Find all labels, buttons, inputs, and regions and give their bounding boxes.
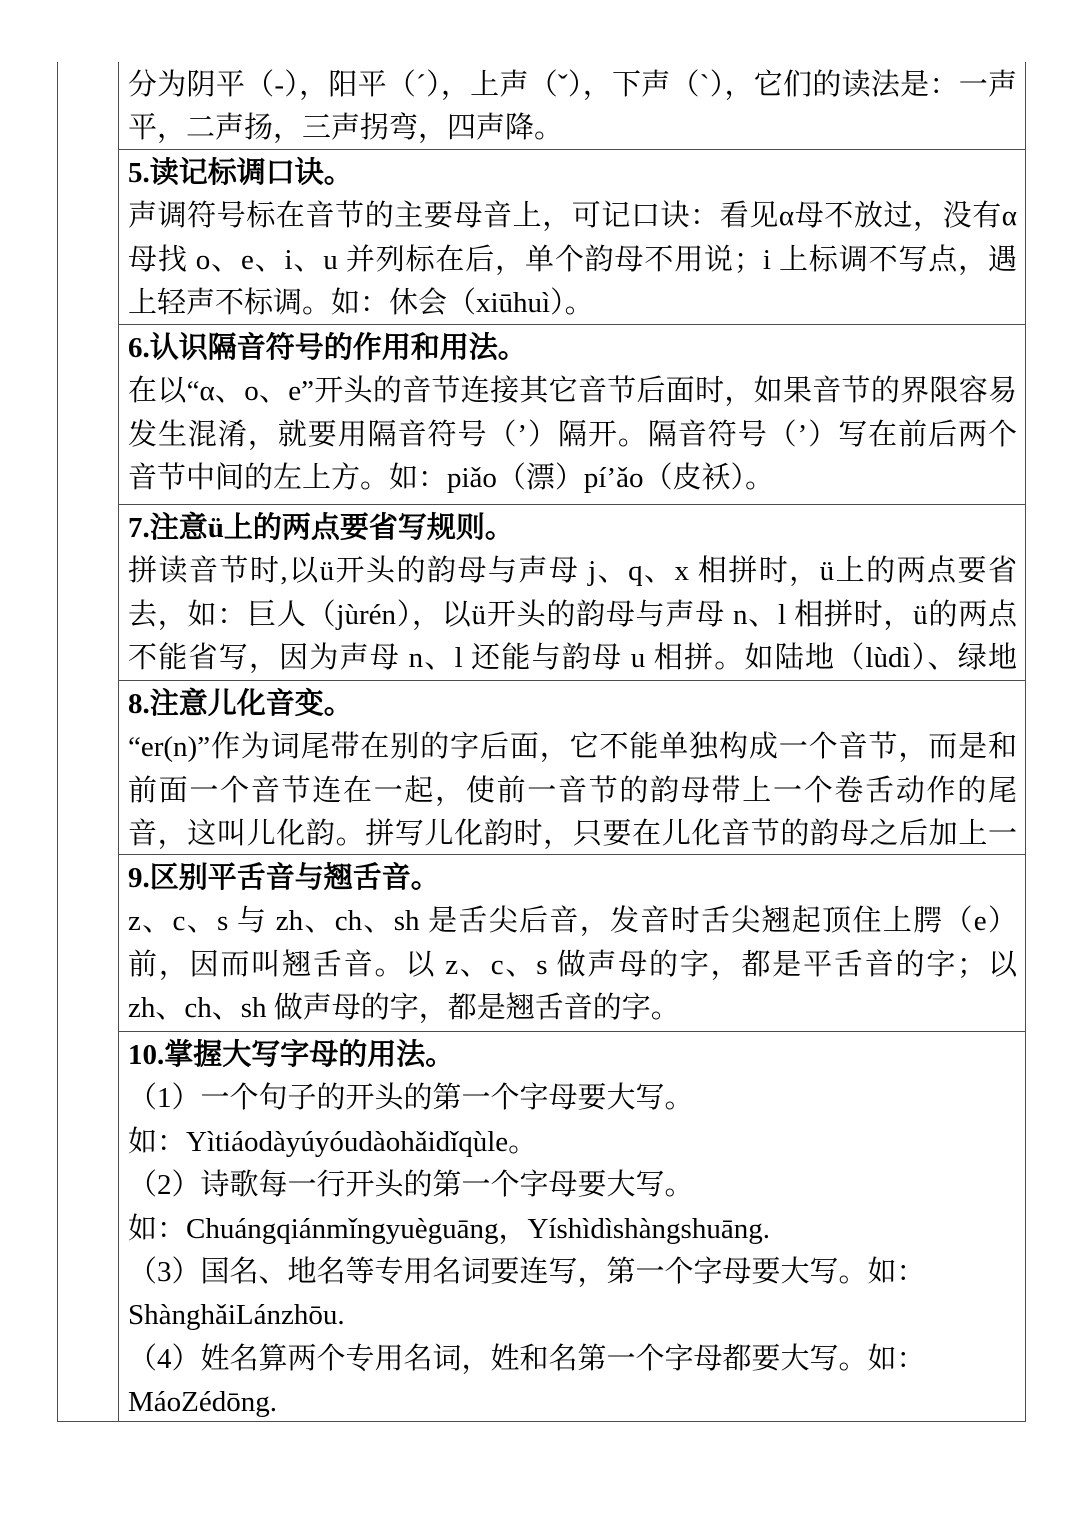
section-10-item-2: （2）诗歌每一行开头的第一个字母要大写。 xyxy=(128,1164,1017,1207)
section-10-item-4: （4）姓名算两个专用名词，姓和名第一个字母都要大写。如：MáoZédōng. xyxy=(128,1338,1017,1421)
pinyin-rules-table: 分为阴平（-），阳平（ˊ），上声（ˇ），下声（ˋ），它们的读法是：一声平，二声扬… xyxy=(57,62,1026,1422)
table-main-column: 分为阴平（-），阳平（ˊ），上声（ˇ），下声（ˋ），它们的读法是：一声平，二声扬… xyxy=(119,62,1025,1421)
document-page: 分为阴平（-），阳平（ˊ），上声（ˇ），下声（ˋ），它们的读法是：一声平，二声扬… xyxy=(0,0,1080,1527)
row-section-10: 10.掌握大写字母的用法。 （1）一个句子的开头的第一个字母要大写。 如：Yìt… xyxy=(119,1032,1025,1421)
section-10-item-3: （3）国名、地名等专用名词要连写，第一个字母要大写。如：ShànghǎiLánz… xyxy=(128,1251,1017,1338)
section-8-body: “er(n)”作为词尾带在别的字后面，它不能单独构成一个音节，而是和前面一个音节… xyxy=(128,726,1017,855)
row-section-7: 7.注意ü上的两点要省写规则。 拼读音节时,以ü开头的韵母与声母 j、q、x 相… xyxy=(119,505,1025,681)
section-9-body: z、c、s 与 zh、ch、sh 是舌尖后音，发音时舌尖翘起顶住上腭（e）前，因… xyxy=(128,900,1017,1030)
section-7-heading: 7.注意ü上的两点要省写规则。 xyxy=(128,507,1017,550)
row-section-5: 5.读记标调口诀。 声调符号标在音节的主要母音上，可记口诀：看见α母不放过，没有… xyxy=(119,150,1025,325)
row-section-6: 6.认识隔音符号的作用和用法。 在以“α、o、e”开头的音节连接其它音节后面时，… xyxy=(119,325,1025,505)
section-6-body: 在以“α、o、e”开头的音节连接其它音节后面时，如果音节的界限容易发生混淆，就要… xyxy=(128,370,1017,500)
section-5-heading: 5.读记标调口诀。 xyxy=(128,152,1017,195)
section-9-heading: 9.区别平舌音与翘舌音。 xyxy=(128,857,1017,900)
section-7-body: 拼读音节时,以ü开头的韵母与声母 j、q、x 相拼时，ü上的两点要省去，如：巨人… xyxy=(128,550,1017,681)
tone-description-text: 分为阴平（-），阳平（ˊ），上声（ˇ），下声（ˋ），它们的读法是：一声平，二声扬… xyxy=(128,69,1017,144)
section-10-example-1: 如：Yìtiáodàyúyóudàohǎidǐqùle。 xyxy=(128,1121,1017,1164)
row-section-9: 9.区别平舌音与翘舌音。 z、c、s 与 zh、ch、sh 是舌尖后音，发音时舌… xyxy=(119,855,1025,1032)
row-tone-description: 分为阴平（-），阳平（ˊ），上声（ˇ），下声（ˋ），它们的读法是：一声平，二声扬… xyxy=(119,62,1025,150)
section-10-heading: 10.掌握大写字母的用法。 xyxy=(128,1034,1017,1077)
section-10-item-1: （1）一个句子的开头的第一个字母要大写。 xyxy=(128,1077,1017,1120)
section-6-heading: 6.认识隔音符号的作用和用法。 xyxy=(128,327,1017,370)
section-5-body: 声调符号标在音节的主要母音上，可记口诀：看见α母不放过，没有α母找 o、e、i、… xyxy=(128,195,1017,325)
section-10-example-2: 如：Chuángqiánmǐngyuèguāng，Yíshìdìshàngshu… xyxy=(128,1208,1017,1251)
section-8-heading: 8.注意儿化音变。 xyxy=(128,683,1017,726)
table-left-empty-column xyxy=(58,62,119,1421)
row-section-8: 8.注意儿化音变。 “er(n)”作为词尾带在别的字后面，它不能单独构成一个音节… xyxy=(119,681,1025,855)
